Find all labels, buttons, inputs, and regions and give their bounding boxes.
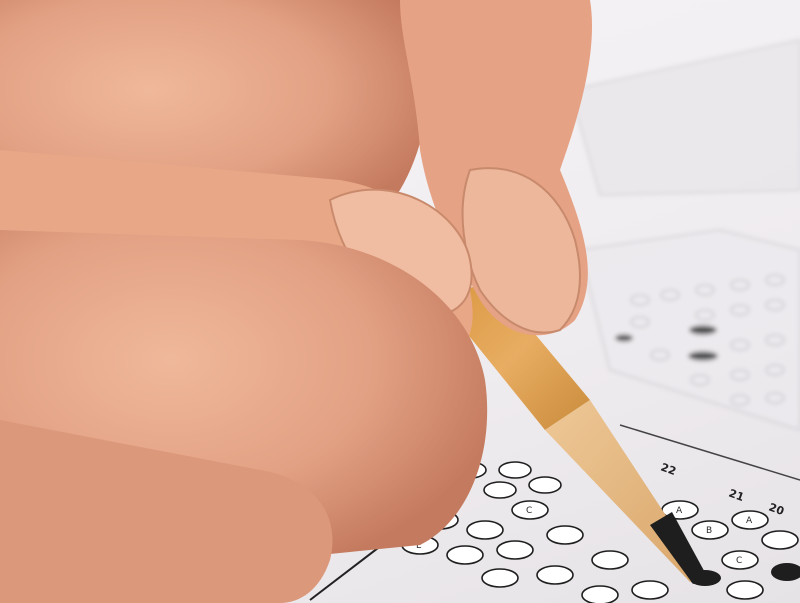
svg-text:A: A	[746, 516, 753, 526]
photo-scene: A D E C A B C A 21 20 22	[0, 0, 800, 603]
svg-text:22: 22	[659, 461, 678, 478]
svg-text:A: A	[676, 506, 683, 516]
svg-text:C: C	[526, 506, 532, 516]
svg-text:20: 20	[767, 501, 786, 519]
blurred-answer-grid	[570, 40, 800, 430]
svg-text:21: 21	[727, 487, 746, 504]
svg-text:B: B	[706, 526, 712, 536]
photo-illustration: A D E C A B C A 21 20 22	[0, 0, 800, 603]
svg-text:C: C	[736, 556, 742, 566]
hand	[0, 0, 592, 603]
